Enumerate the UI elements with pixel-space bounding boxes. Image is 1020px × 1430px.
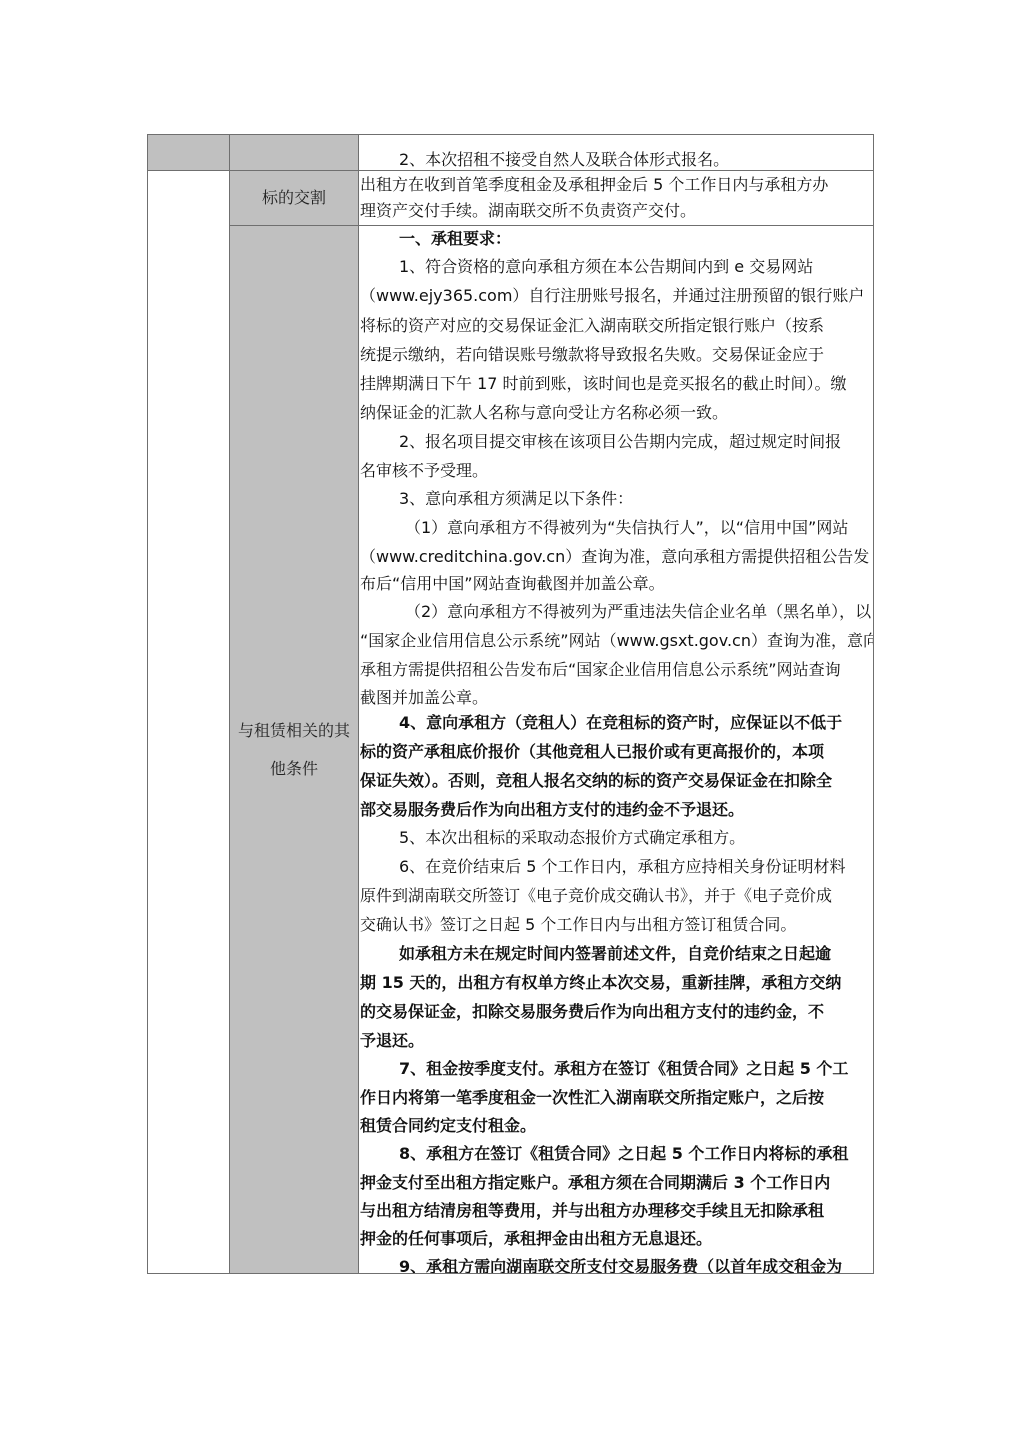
row0-col1-cell (147, 134, 230, 171)
condition-text-line: 部交易服务费后作为向出租方支付的违约金不予退还。 (360, 797, 744, 823)
condition-text-line: 的交易保证金，扣除交易服务费后作为向出租方支付的违约金，不 (360, 999, 824, 1025)
condition-text-line: 作日内将第一笔季度租金一次性汇入湖南联交所指定账户，之后按 (360, 1085, 824, 1111)
condition-text-line: 标的资产承租底价报价（其他竞租人已报价或有更高报价的，本项 (360, 739, 824, 765)
condition-text-line: 将标的资产对应的交易保证金汇入湖南联交所指定银行账户（按系 (360, 313, 824, 339)
condition-text-line: 如承租方未在规定时间内签署前述文件，自竞价结束之日起逾 (399, 941, 831, 967)
condition-text-line: （1）意向承租方不得被列为“失信执行人”，以“信用中国”网站 (405, 515, 848, 541)
condition-text-line: （www.ejy365.com）自行注册账号报名，并通过注册预留的银行账户 (360, 283, 864, 309)
other-conditions-label-line: 与租赁相关的其 (230, 712, 358, 750)
condition-text-line: 承租方需提供招租公告发布后“国家企业信用信息公示系统”网站查询 (360, 657, 841, 683)
other-conditions-label-cell: 与租赁相关的其 他条件 (229, 225, 359, 1274)
condition-text-line: 押金支付至出租方指定账户。承租方须在合同期满后 3 个工作日内 (360, 1170, 830, 1196)
condition-text-line: 8、承租方在签订《租赁合同》之日起 5 个工作日内将标的承租 (399, 1141, 848, 1167)
row-group-col1-cell (147, 170, 230, 1274)
condition-text-line: 2、报名项目提交审核在该项目公告期内完成，超过规定时间报 (399, 429, 841, 455)
condition-text-line: “国家企业信用信息公示系统”网站（www.gsxt.gov.cn）查询为准，意向 (360, 628, 874, 654)
condition-text-line: 租赁合同约定支付租金。 (360, 1113, 536, 1139)
condition-text-line: 名审核不予受理。 (360, 458, 488, 484)
delivery-label: 标的交割 (230, 179, 358, 217)
condition-text-line: 予退还。 (360, 1028, 424, 1054)
condition-text-line: （www.creditchina.gov.cn）查询为准，意向承租方需提供招租公… (360, 544, 869, 570)
condition-text-line: 1、符合资格的意向承租方须在本公告期间内到 e 交易网站 (399, 254, 813, 280)
condition-text-line: 截图并加盖公章。 (360, 685, 488, 711)
row0-content-cell: 2、本次招租不接受自然人及联合体形式报名。 (358, 134, 874, 171)
condition-text-line: 交确认书》签订之日起 5 个工作日内与出租方签订租赁合同。 (360, 912, 796, 938)
condition-text-line: 挂牌期满日下午 17 时前到账，该时间也是竞买报名的截止时间）。缴 (360, 371, 847, 397)
condition-text-line: 6、在竞价结束后 5 个工作日内，承租方应持相关身份证明材料 (399, 854, 846, 880)
other-conditions-content-cell: 一、承租要求：1、符合资格的意向承租方须在本公告期间内到 e 交易网站（www.… (358, 225, 874, 1274)
delivery-text-line: 理资产交付手续。湖南联交所不负责资产交付。 (360, 198, 696, 224)
condition-text-line: 与出租方结清房租等费用，并与出租方办理移交手续且无扣除承租 (360, 1198, 824, 1224)
condition-text-line: 押金的任何事项后，承租押金由出租方无息退还。 (360, 1226, 712, 1252)
condition-text-line: 4、意向承租方（竞租人）在竞租标的资产时，应保证以不低于 (399, 710, 842, 736)
condition-text-line: 5、本次出租标的采取动态报价方式确定承租方。 (399, 825, 745, 851)
condition-text-line: 3、意向承租方须满足以下条件： (399, 486, 633, 512)
condition-text-line: 布后“信用中国”网站查询截图并加盖公章。 (360, 571, 665, 597)
condition-text-line: 纳保证金的汇款人名称与意向受让方名称必须一致。 (360, 400, 728, 426)
delivery-content-cell: 出租方在收到首笔季度租金及承租押金后 5 个工作日内与承租方办 理资产交付手续。… (358, 170, 874, 226)
condition-text-line: 一、承租要求： (399, 226, 511, 252)
condition-text-line: 7、租金按季度支付。承租方在签订《租赁合同》之日起 5 个工 (399, 1056, 848, 1082)
document-page: 2、本次招租不接受自然人及联合体形式报名。 标的交割 出租方在收到首笔季度租金及… (0, 0, 1020, 1430)
condition-text-line: 统提示缴纳，若向错误账号缴款将导致报名失败。交易保证金应于 (360, 342, 824, 368)
row0-text-line: 2、本次招租不接受自然人及联合体形式报名。 (399, 147, 729, 171)
condition-text-line: 期 15 天的，出租方有权单方终止本次交易，重新挂牌，承租方交纳 (360, 970, 841, 996)
condition-text-line: 原件到湖南联交所签订《电子竞价成交确认书》，并于《电子竞价成 (360, 883, 832, 909)
delivery-label-cell: 标的交割 (229, 170, 359, 226)
delivery-text-line: 出租方在收到首笔季度租金及承租押金后 5 个工作日内与承租方办 (360, 172, 828, 198)
condition-text-line: （2）意向承租方不得被列为严重违法失信企业名单（黑名单），以 (405, 599, 871, 625)
other-conditions-label-line: 他条件 (230, 750, 358, 788)
row0-col2-cell (229, 134, 359, 171)
condition-text-line: 保证失效）。否则，竞租人报名交纳的标的资产交易保证金在扣除全 (360, 768, 832, 794)
condition-text-line: 9、承租方需向湖南联交所支付交易服务费（以首年成交租金为 (399, 1254, 842, 1274)
